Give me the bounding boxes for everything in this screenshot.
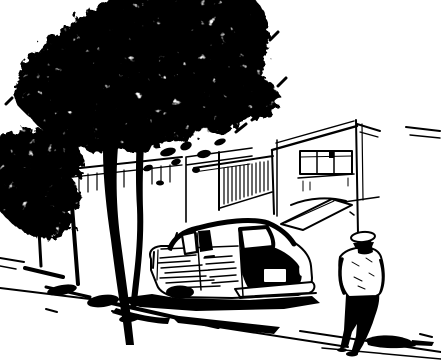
- cap-dark-band: [353, 242, 374, 249]
- pedestrian-torso: [339, 248, 384, 297]
- car-front-window: [182, 232, 197, 254]
- window-band: [300, 151, 352, 174]
- pedestrian-foot-back: [337, 348, 347, 352]
- pedestrian-foot-front: [346, 352, 358, 357]
- license-plate: [264, 269, 286, 282]
- window-dark-tick: [329, 152, 334, 158]
- street-sketch-svg: Ink sketch of a street scene: [0, 0, 441, 362]
- car-rear-window: [240, 227, 273, 250]
- car-nose-line: [153, 252, 154, 268]
- sketch-canvas: Ink sketch of a street scene: [0, 0, 441, 362]
- canopy-left-cluster: [0, 128, 83, 238]
